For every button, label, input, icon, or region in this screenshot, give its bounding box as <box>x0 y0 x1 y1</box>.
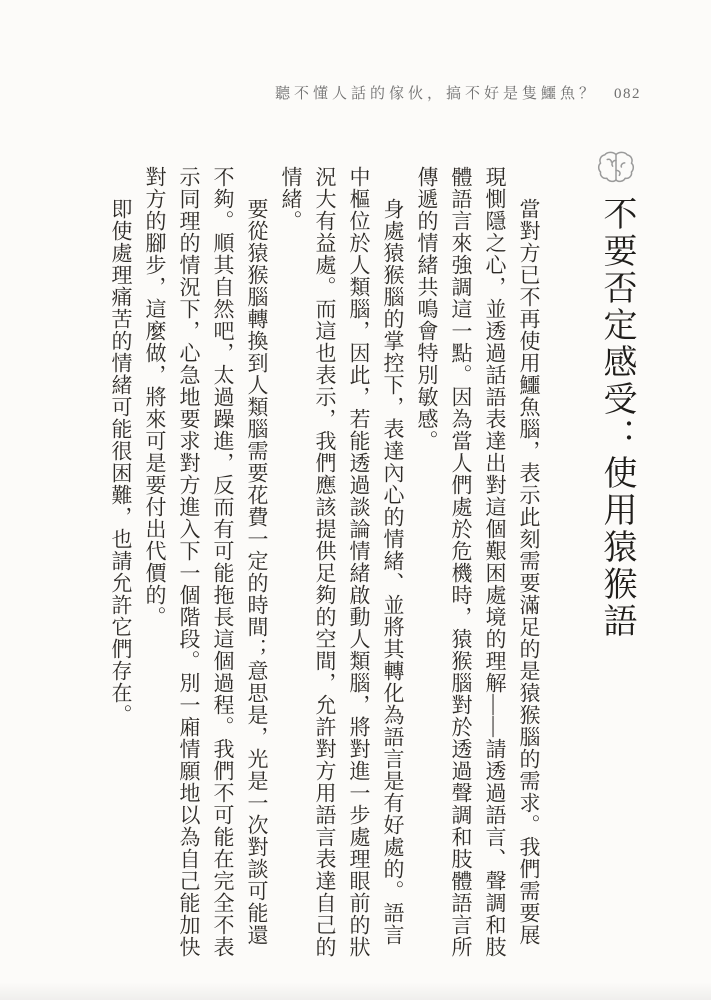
chapter-title: 不要否定感受：使用猿猴語 <box>598 196 635 640</box>
page-number: 082 <box>614 86 641 102</box>
paragraph: 身處猿猴腦的掌控下，表達內心的情緒、並將其轉化為語言是有好處的。語言中樞位於人類… <box>274 166 410 960</box>
paragraph: 當對方已不再使用鱷魚腦，表示此刻需要滿足的是猿猴腦的需求。我們需要展現惻隱之心，… <box>410 166 546 960</box>
chapter-title-block: 不要否定感受：使用猿猴語 <box>584 148 648 962</box>
chapter-content: 不要否定感受：使用猿猴語 當對方已不再使用鱷魚腦，表示此刻需要滿足的是猿猴腦的需… <box>104 148 648 962</box>
running-head: 聽不懂人話的傢伙，搞不好是隻鱷魚？082 <box>0 82 641 103</box>
paragraph: 要從猿猴腦轉換到人類腦需要花費一定的時間；意思是，光是一次對談可能還不夠。順其自… <box>138 166 274 960</box>
paragraph: 即使處理痛苦的情緒可能很困難，也請允許它們存在。 <box>104 166 138 960</box>
brain-icon <box>596 150 636 184</box>
body-text: 當對方已不再使用鱷魚腦，表示此刻需要滿足的是猿猴腦的需求。我們需要展現惻隱之心，… <box>104 166 546 960</box>
book-page: 聽不懂人話的傢伙，搞不好是隻鱷魚？082 不要否定感受：使用猿猴語 當對方已不再… <box>0 0 711 1000</box>
running-title: 聽不懂人話的傢伙，搞不好是隻鱷魚？ <box>275 86 598 102</box>
